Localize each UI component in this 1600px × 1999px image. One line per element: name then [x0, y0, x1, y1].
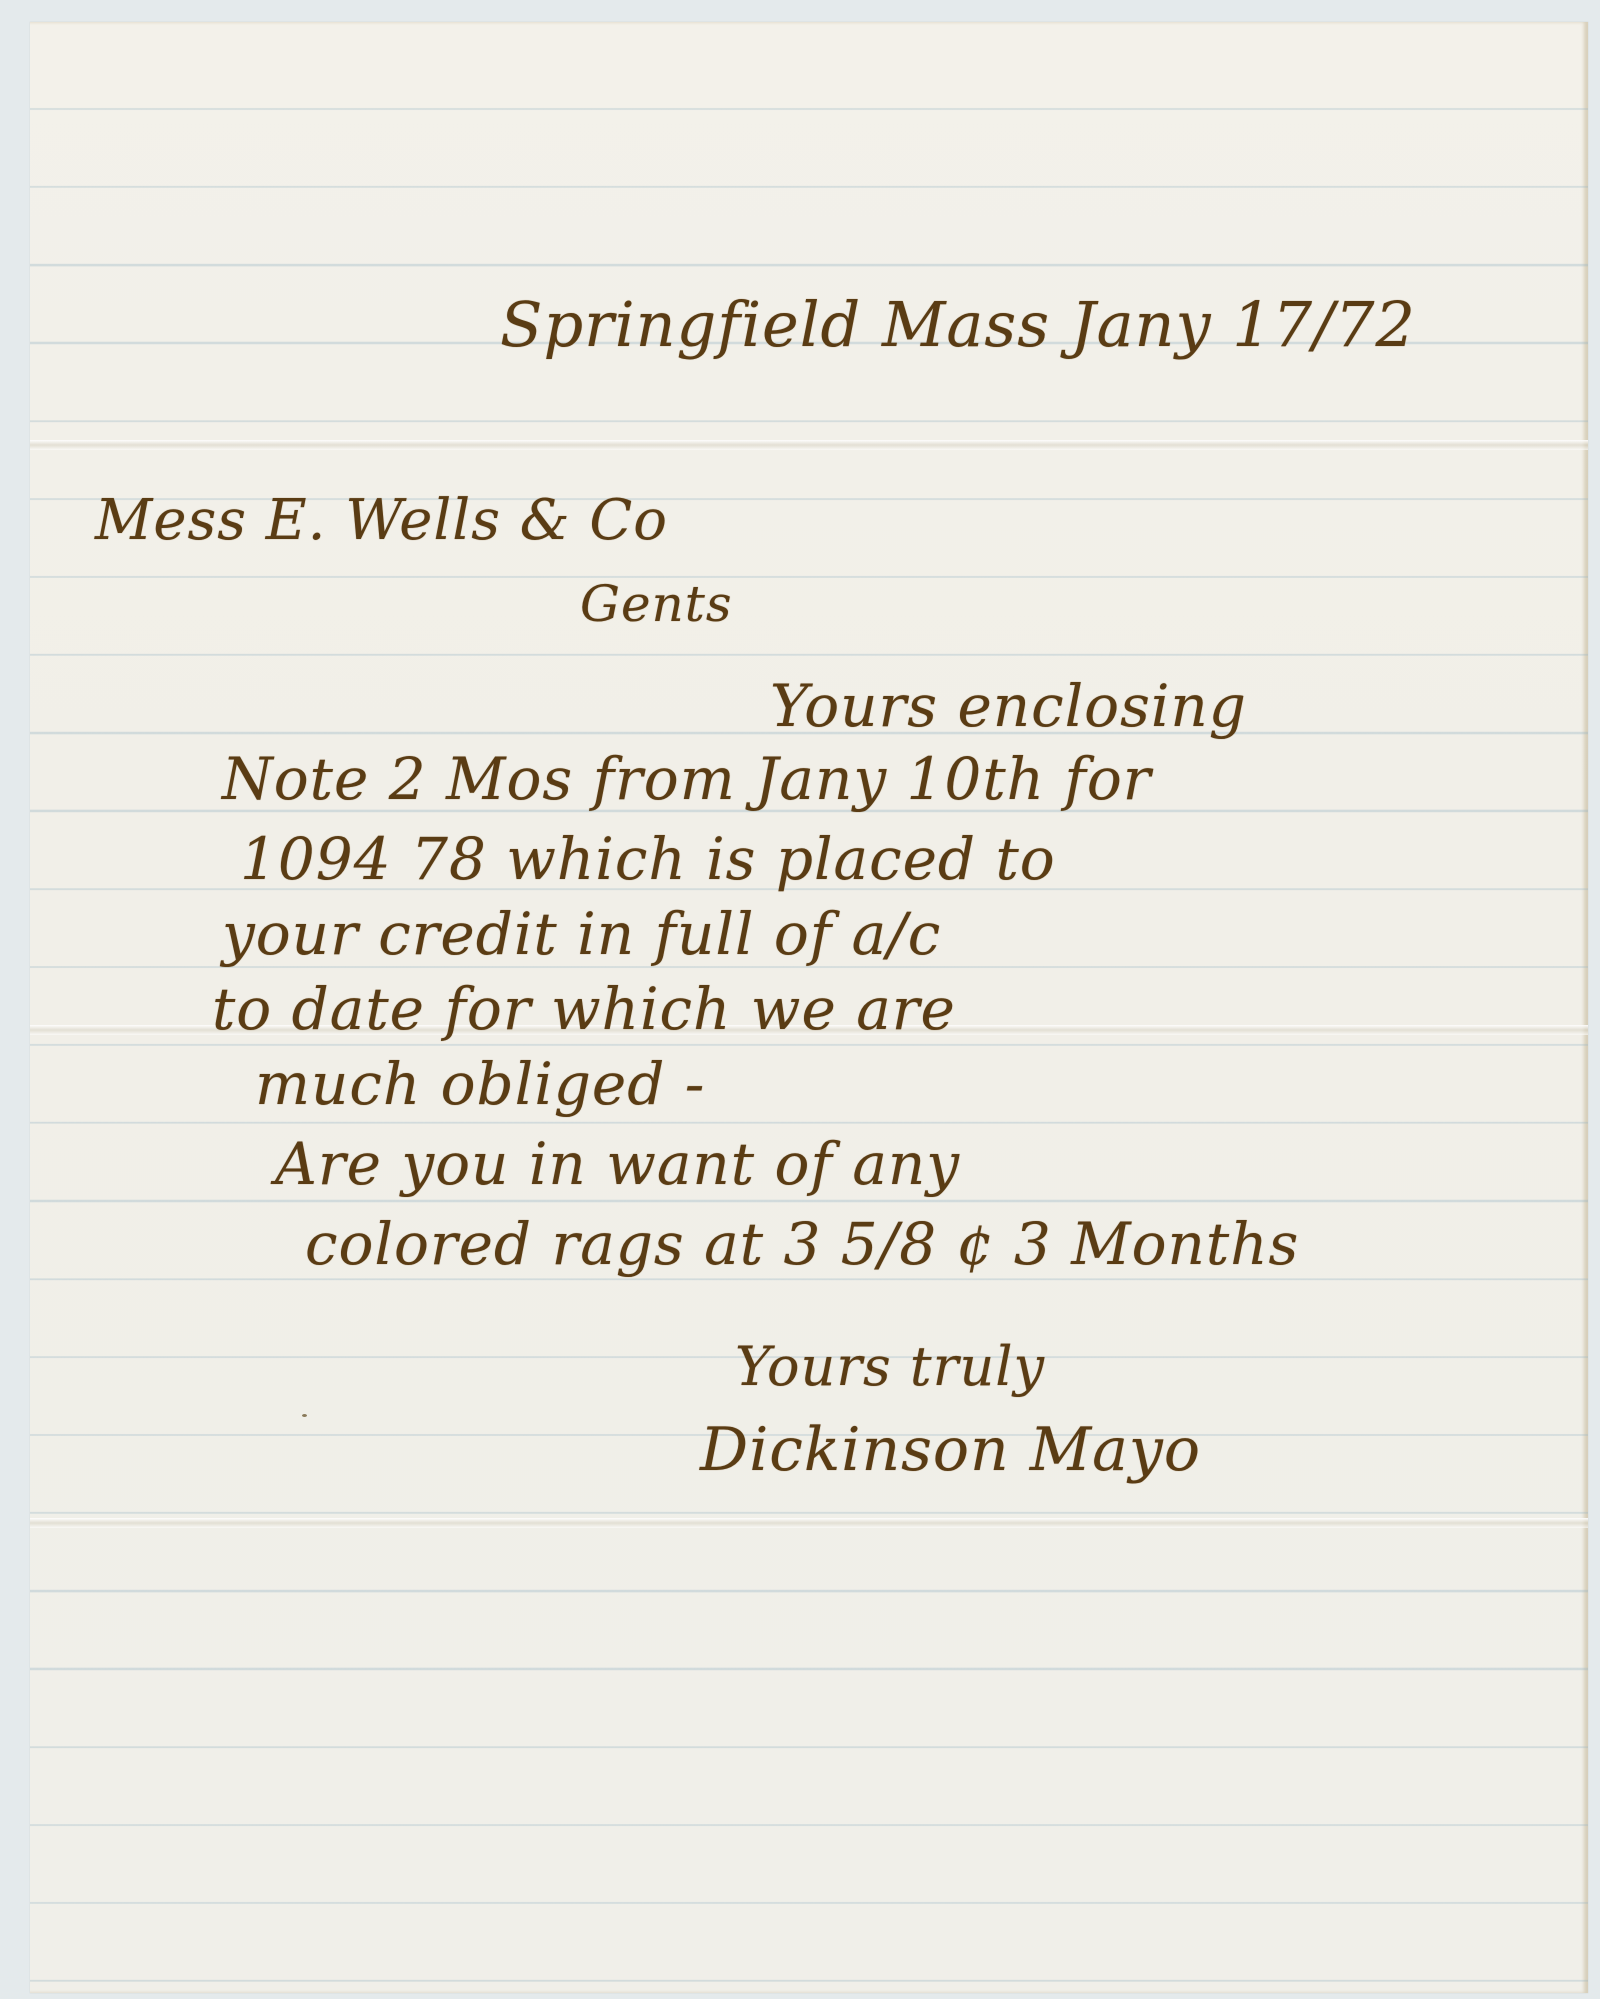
body-line: colored rags at 3 5/8 ¢ 3 Months [305, 1210, 1299, 1278]
body-line: your credit in full of a/c [222, 900, 941, 968]
body-line: Note 2 Mos from Jany 10th for [222, 745, 1152, 813]
body-line: Are you in want of any [275, 1130, 960, 1198]
addressee: Mess E. Wells & Co [95, 488, 668, 553]
closing: Yours truly [735, 1335, 1045, 1398]
body-line: much obliged - [255, 1050, 705, 1118]
body-line: Yours enclosing [770, 672, 1247, 740]
dateline: Springfield Mass Jany 17/72 [500, 288, 1416, 361]
body-line: to date for which we are [212, 975, 956, 1043]
ink-speck [302, 1414, 307, 1417]
paper-fold [30, 1518, 1588, 1528]
body-line: 1094 78 which is placed to [240, 825, 1056, 893]
signature: Dickinson Mayo [700, 1415, 1201, 1485]
salutation: Gents [580, 575, 733, 633]
paper-fold [30, 440, 1588, 450]
